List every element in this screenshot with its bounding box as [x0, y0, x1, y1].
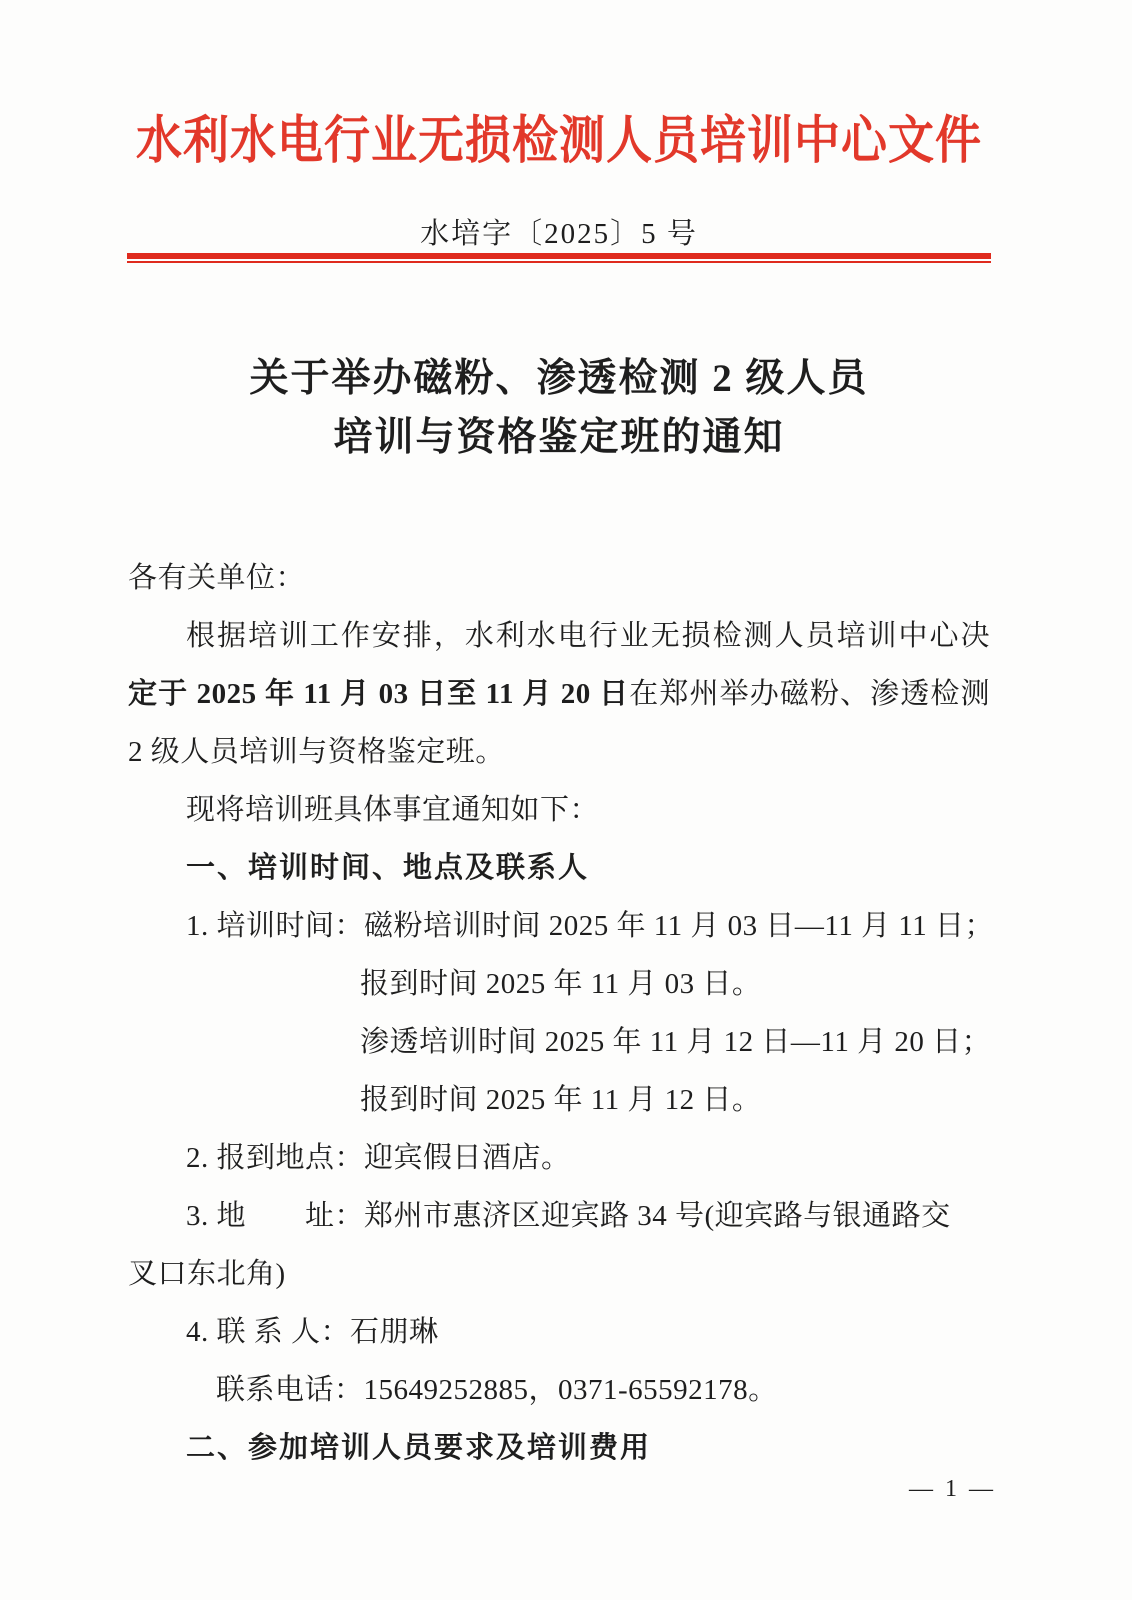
paragraph1-line2: 定于 2025 年 11 月 03 日至 11 月 20 日在郑州举办磁粉、渗透…: [128, 665, 990, 723]
document-title-line1: 关于举办磁粉、渗透检测 2 级人员: [128, 349, 990, 408]
document-title: 关于举办磁粉、渗透检测 2 级人员 培训与资格鉴定班的通知: [128, 349, 990, 467]
paragraph1-line2-rest: 在郑州举办磁粉、渗透检测: [629, 678, 990, 710]
item2-report-location: 2. 报到地点：迎宾假日酒店。: [128, 1129, 990, 1187]
document-number: 水培字〔2025〕5 号: [128, 211, 990, 252]
page-number: — 1 —: [909, 1476, 996, 1503]
paragraph2: 现将培训班具体事宜通知如下：: [128, 781, 990, 839]
document-title-line2: 培训与资格鉴定班的通知: [128, 408, 990, 467]
section1-heading: 一、培训时间、地点及联系人: [128, 839, 990, 897]
item3-address-line1: 3. 地 址：郑州市惠济区迎宾路 34 号(迎宾路与银通路交: [128, 1187, 990, 1245]
paragraph1-line1: 根据培训工作安排，水利水电行业无损检测人员培训中心决: [128, 607, 990, 665]
document-page: 水利水电行业无损检测人员培训中心文件 水培字〔2025〕5 号 关于举办磁粉、渗…: [0, 0, 1132, 1600]
item1-report-time-line2: 报到时间 2025 年 11 月 12 日。: [128, 1071, 990, 1129]
paragraph1-line3: 2 级人员培训与资格鉴定班。: [128, 723, 990, 781]
red-header-org-title: 水利水电行业无损检测人员培训中心文件: [126, 100, 992, 174]
item5-contact-phone: 联系电话：15649252885，0371-65592178。: [128, 1361, 990, 1419]
section2-heading: 二、参加培训人员要求及培训费用: [128, 1419, 990, 1477]
item4-contact-person: 4. 联 系 人：石朋琳: [128, 1303, 990, 1361]
item1-training-time-line1: 1. 培训时间：磁粉培训时间 2025 年 11 月 03 日—11 月 11 …: [128, 897, 990, 955]
item1-report-time-line1: 报到时间 2025 年 11 月 03 日。: [128, 955, 990, 1013]
salutation: 各有关单位：: [128, 549, 990, 607]
item1-training-time-line2: 渗透培训时间 2025 年 11 月 12 日—11 月 20 日；: [128, 1013, 990, 1071]
red-separator-line: [127, 253, 991, 263]
item3-address-line2: 叉口东北角): [128, 1245, 990, 1303]
paragraph1-date-range-bold: 定于 2025 年 11 月 03 日至 11 月 20 日: [128, 678, 629, 710]
document-body: 各有关单位： 根据培训工作安排，水利水电行业无损检测人员培训中心决 定于 202…: [128, 549, 990, 1477]
